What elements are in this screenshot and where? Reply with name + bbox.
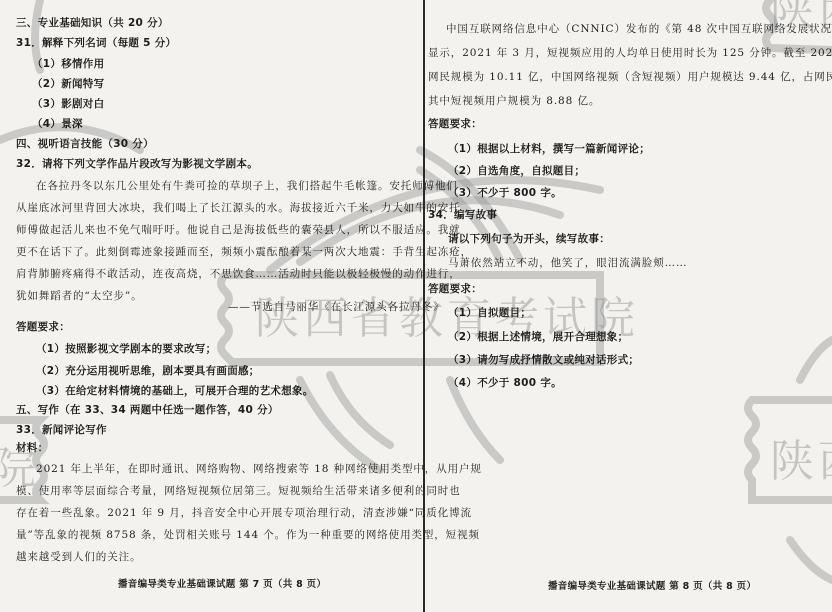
q34-requirements-title: 答题要求： — [428, 282, 482, 296]
q33-material-line: 越来越受到人们的关注。 — [16, 550, 141, 564]
q31-item: （4）景深 — [32, 117, 83, 131]
q33-requirements-title: 答题要求： — [428, 117, 482, 131]
q32-passage-line: 犹如舞蹈者的“太空步”。 — [16, 289, 143, 303]
q33-material-line: 模、使用率等层面综合考量，网络短视频位居第三。短视频给生活带来诸多便利的同时也 — [16, 484, 461, 498]
q33-requirement: （3）不少于 800 字。 — [448, 186, 562, 200]
q34-requirement: （4）不少于 800 字。 — [448, 376, 562, 390]
q34-opening-sentence: 马萧依然站立不动，他笑了，眼泪流满脸颊…… — [448, 256, 687, 270]
question-32-title: 32．请将下列文学作品片段改写为影视文学剧本。 — [16, 157, 258, 171]
exam-page-8: 中国互联网络信息中心（CNNIC）发布的《第 48 次中国互联网络发展状况统计报… — [426, 0, 832, 612]
q32-passage-line: 从崖底冰河里背回大冰块，我们喝上了长江源头的水。海拔接近六千米，力大如牛的安托 — [16, 201, 461, 215]
section-3-title: 三、专业基础知识（共 20 分） — [16, 16, 169, 30]
q31-item: （1）移情作用 — [32, 57, 104, 71]
q33-material-cont-line: 显示，2021 年 3 月，短视频应用的人均单日使用时长为 125 分钟。截至 … — [428, 46, 832, 60]
material-label: 材料： — [16, 441, 48, 455]
question-34-title: 34．编写故事 — [428, 208, 497, 222]
q31-item: （2）新闻特写 — [32, 77, 104, 91]
question-33-title: 33．新闻评论写作 — [16, 423, 107, 437]
q32-requirement: （3）在给定材料情境的基础上，可展开合理的艺术想象。 — [36, 384, 314, 398]
q33-material-line: 存在着一些乱象。2021 年 9 月，抖音安全中心开展专项治理行动，清查涉嫌“同… — [16, 506, 472, 520]
q33-material-line: 2021 年上半年，在即时通讯、网络购物、网络搜索等 18 种网络使用类型中，从… — [36, 462, 482, 476]
q32-requirements-title: 答题要求： — [16, 320, 70, 334]
q32-passage-line: 在各拉丹冬以东几公里处有牛粪可捡的草坝子上，我们搭起牛毛帐篷。安托师傅他们 — [36, 179, 458, 193]
q34-requirement: （1）自拟题目； — [448, 306, 531, 320]
q33-requirement: （2）自选角度，自拟题目； — [448, 164, 585, 178]
page-footer: 播音编导类专业基础课试题 第 7 页（共 8 页） — [118, 578, 326, 592]
q31-item: （3）影剧对白 — [32, 97, 104, 111]
q32-requirement: （2）充分运用视听思维，剧本要具有画面感； — [36, 364, 260, 378]
q32-requirement: （1）按照影视文学剧本的要求改写； — [36, 342, 216, 356]
q32-passage-line: 肩背肺腑疼痛得不敢活动，连夜高烧，不思饮食……活动时只能以极轻极慢的动作进行， — [16, 267, 461, 281]
q34-prompt: 请以下列句子为开头，续写故事： — [448, 232, 610, 246]
exam-page-7: 三、专业基础知识（共 20 分） 31．解释下列名词（每题 5 分） （1）移情… — [0, 0, 424, 612]
q33-material-line: 量”等乱象的视频 8758 条，处罚相关账号 144 个。作为一种重要的网络使用… — [16, 528, 480, 542]
page-footer: 播音编导类专业基础课试题 第 8 页（共 8 页） — [548, 580, 756, 594]
q33-material-cont-line: 中国互联网络信息中心（CNNIC）发布的《第 48 次中国互联网络发展状况统计报… — [446, 22, 832, 36]
q32-passage-line: 师傅做起活儿来也不免气喘吁吁。他说自己是海拔低些的囊荣县人，所以不服适应。我就 — [16, 223, 461, 237]
q34-requirement: （2）根据上述情境，展开合理想象； — [448, 330, 628, 344]
q32-passage-line: 更不在话下了。此刻倒霉迹象接踵而至，频频小震酝酿着某一两次大地震：手背生起冻疮， — [16, 245, 472, 259]
q34-requirement: （3）请勿写成抒情散文或纯对话形式； — [448, 353, 639, 367]
q33-requirement: （1）根据以上材料，撰写一篇新闻评论； — [448, 142, 650, 156]
section-4-title: 四、视听语言技能（30 分） — [16, 137, 154, 151]
q32-source: ——节选自马丽华《在长江源头各拉丹冬》 — [228, 300, 445, 314]
q33-material-cont-line: 网民规模为 10.11 亿，中国网络视频（含短视频）用户规模达 9.44 亿，占… — [428, 70, 832, 84]
section-5-title: 五、写作（在 33、34 两题中任选一题作答，40 分） — [16, 403, 279, 417]
question-31-title: 31．解释下列名词（每题 5 分） — [16, 36, 176, 50]
q33-material-cont-line: 其中短视频用户规模为 8.88 亿。 — [428, 94, 600, 108]
